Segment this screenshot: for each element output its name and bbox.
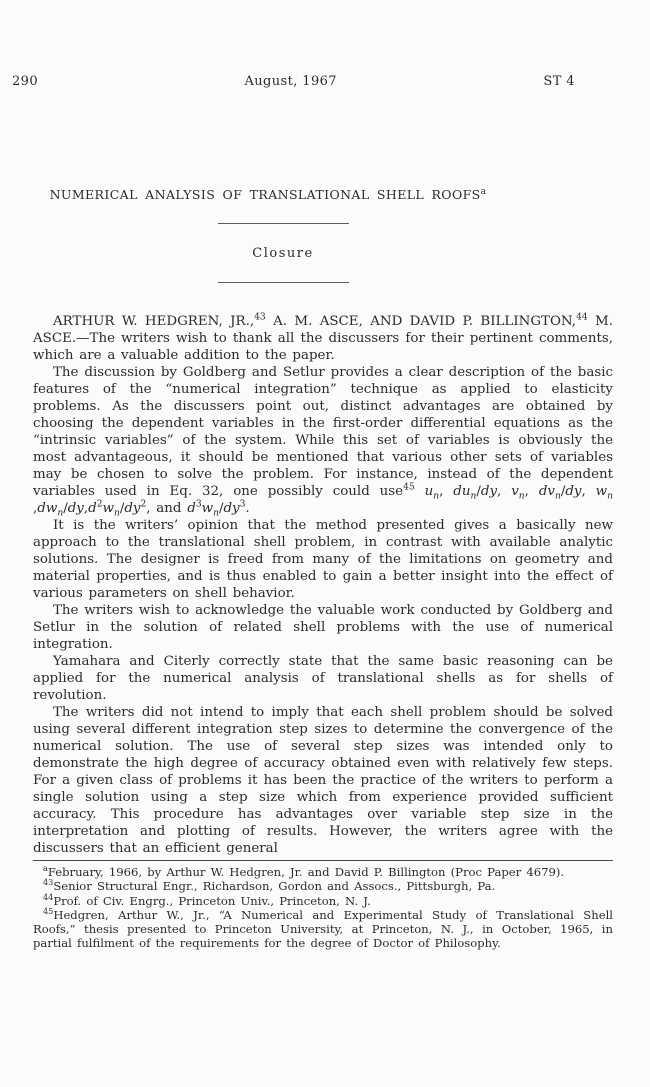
- running-head: 290 August, 1967 ST 4: [12, 74, 575, 89]
- body-paragraph: Yamahara and Citerly correctly state tha…: [33, 653, 613, 704]
- body-paragraph-authors: ARTHUR W. HEDGREN, JR.,43 A. M. ASCE, AN…: [33, 313, 613, 364]
- footnote-divider: [33, 860, 613, 861]
- article-title: NUMERICAL ANALYSIS OF TRANSLATIONAL SHEL…: [0, 187, 558, 202]
- article-body: ARTHUR W. HEDGREN, JR.,43 A. M. ASCE, AN…: [33, 313, 613, 857]
- body-paragraph: The discussion by Goldberg and Setlur pr…: [33, 364, 613, 517]
- journal-section-code: ST 4: [543, 74, 575, 89]
- footnotes: aFebruary, 1966, by Arthur W. Hedgren, J…: [33, 865, 613, 950]
- title-divider-bottom: [218, 282, 349, 283]
- section-heading-closure: Closure: [0, 246, 573, 261]
- title-divider-top: [218, 223, 349, 224]
- footnote-item: 43Senior Structural Engr., Richardson, G…: [33, 879, 613, 893]
- issue-date: August, 1967: [244, 74, 337, 89]
- page-number: 290: [12, 74, 38, 89]
- journal-page: 290 August, 1967 ST 4 NUMERICAL ANALYSIS…: [0, 0, 650, 1087]
- footnote-item: 45Hedgren, Arthur W., Jr., “A Numerical …: [33, 908, 613, 951]
- footnote-item: 44Prof. of Civ. Engrg., Princeton Univ.,…: [33, 894, 613, 908]
- body-paragraph: The writers wish to acknowledge the valu…: [33, 602, 613, 653]
- body-paragraph: It is the writers’ opinion that the meth…: [33, 517, 613, 602]
- footnote-item: aFebruary, 1966, by Arthur W. Hedgren, J…: [33, 865, 613, 879]
- body-paragraph: The writers did not intend to imply that…: [33, 704, 613, 857]
